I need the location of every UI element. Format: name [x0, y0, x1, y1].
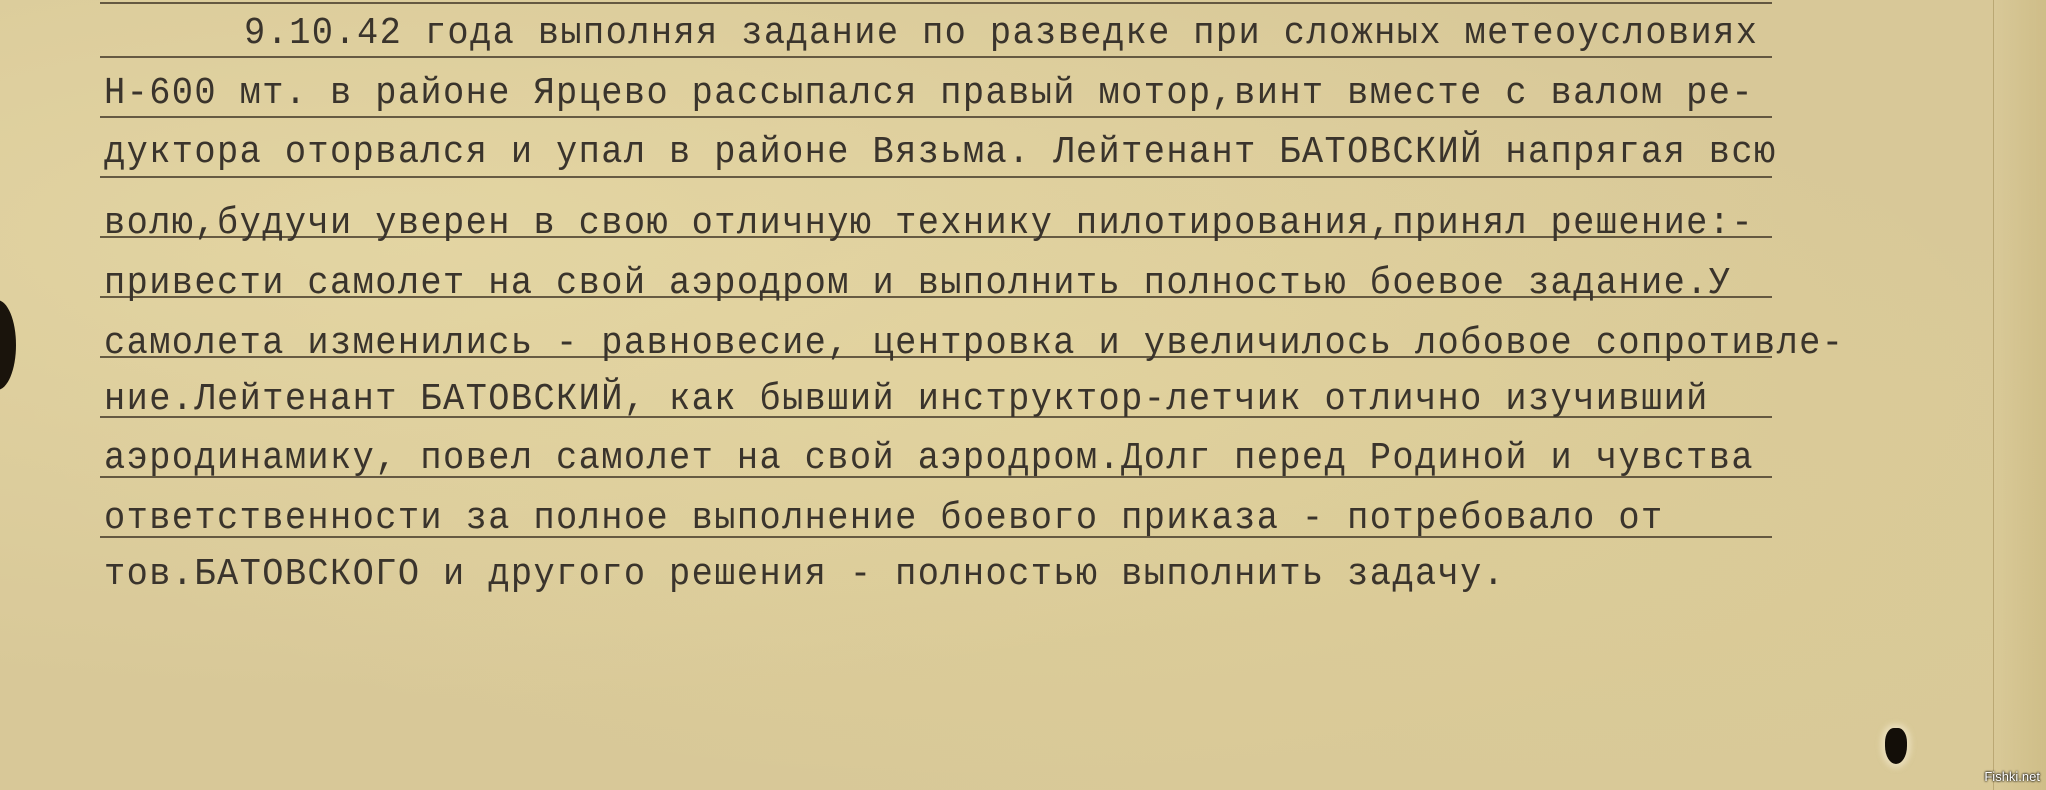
text-line: волю,будучи уверен в свою отличную техни…: [104, 202, 1754, 245]
binding-hole: [0, 300, 16, 390]
ruled-line: [100, 116, 1772, 118]
text-line: ответственности за полное выполнение бое…: [104, 497, 1664, 540]
text-line: Н-600 мт. в районе Ярцево рассыпался пра…: [104, 72, 1754, 115]
text-line: аэродинамику, повел самолет на свой аэро…: [104, 437, 1754, 480]
text-line: самолета изменились - равновесие, центро…: [104, 322, 1844, 365]
text-line: 9.10.42 года выполняя задание по разведк…: [244, 12, 1758, 55]
text-line: тов.БАТОВСКОГО и другого решения - полно…: [104, 553, 1505, 596]
punch-hole: [1885, 728, 1907, 764]
ruled-line: [100, 56, 1772, 58]
text-line: дуктора оторвался и упал в районе Вязьма…: [104, 131, 1777, 174]
paper-edge: [1993, 0, 2046, 790]
document-page: 9.10.42 года выполняя задание по разведк…: [0, 0, 2046, 790]
text-line: привести самолет на свой аэродром и выпо…: [104, 262, 1731, 305]
ruled-line: [100, 176, 1772, 178]
watermark: Fishki.net: [1984, 769, 2040, 784]
ruled-line: [100, 2, 1772, 4]
text-line: ние.Лейтенант БАТОВСКИЙ, как бывший инст…: [104, 378, 1709, 421]
